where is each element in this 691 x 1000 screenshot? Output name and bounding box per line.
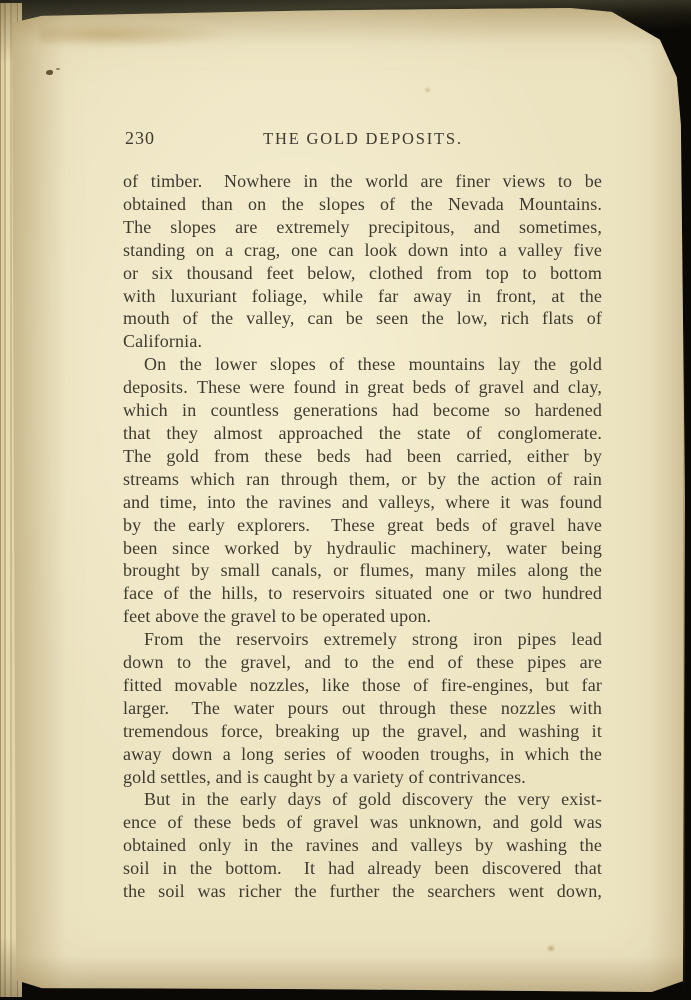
text-line: California. (123, 330, 602, 353)
text-line: mouth of the valley, can be seen the low… (123, 307, 602, 330)
running-header: THE GOLD DEPOSITS. (123, 129, 603, 149)
text-line: that they almost approached the state of… (123, 422, 602, 445)
text-line: of timber. Nowhere in the world are fine… (123, 170, 602, 193)
text-line: soil in the bottom. It had already been … (123, 857, 602, 880)
text-line: or six thousand feet below, clothed from… (123, 262, 602, 285)
text-line: been since worked by hydraulic machinery… (123, 537, 602, 560)
text-line: ence of these beds of gravel was unknown… (123, 811, 602, 834)
paper-stain (40, 22, 230, 48)
text-line: obtained than on the slopes of the Nevad… (123, 193, 602, 216)
page-header: 230 THE GOLD DEPOSITS. (123, 128, 603, 148)
text-block: of timber. Nowhere in the world are fine… (123, 170, 602, 903)
text-line: gold settles, and is caught by a variety… (123, 766, 602, 789)
text-line: standing on a crag, one can look down in… (123, 239, 602, 262)
text-line: and time, into the ravines and valleys, … (123, 491, 602, 514)
text-line: the soil was richer the further the sear… (123, 880, 602, 903)
text-line: The slopes are extremely precipitous, an… (123, 216, 602, 239)
text-line: But in the early days of gold discovery … (123, 788, 602, 811)
text-line: brought by small canals, or flumes, many… (123, 559, 602, 582)
fox-spot (548, 946, 554, 951)
ink-speck (56, 68, 60, 70)
text-line: with luxuriant foliage, while far away i… (123, 285, 602, 308)
text-line: fitted movable nozzles, like those of fi… (123, 674, 602, 697)
fox-spot (425, 88, 430, 92)
text-line: On the lower slopes of these mountains l… (123, 353, 602, 376)
text-line: feet above the gravel to be operated upo… (123, 605, 602, 628)
text-line: obtained only in the ravines and valleys… (123, 834, 602, 857)
text-line: deposits. These were found in great beds… (123, 376, 602, 399)
text-line: face of the hills, to reservoirs situate… (123, 582, 602, 605)
text-line: by the early explorers. These great beds… (123, 514, 602, 537)
ink-speck (46, 70, 53, 75)
text-line: which in countless generations had becom… (123, 399, 602, 422)
text-line: larger. The water pours out through thes… (123, 697, 602, 720)
text-line: away down a long series of wooden trough… (123, 743, 602, 766)
text-line: The gold from these beds had been carrie… (123, 445, 602, 468)
page-crease (683, 320, 685, 992)
text-line: down to the gravel, and to the end of th… (123, 651, 602, 674)
text-line: From the reservoirs extremely strong iro… (123, 628, 602, 651)
book-scan: 230 THE GOLD DEPOSITS. of timber. Nowher… (0, 0, 691, 1000)
text-line: streams which ran through them, or by th… (123, 468, 602, 491)
text-line: tremendous force, breaking up the gravel… (123, 720, 602, 743)
